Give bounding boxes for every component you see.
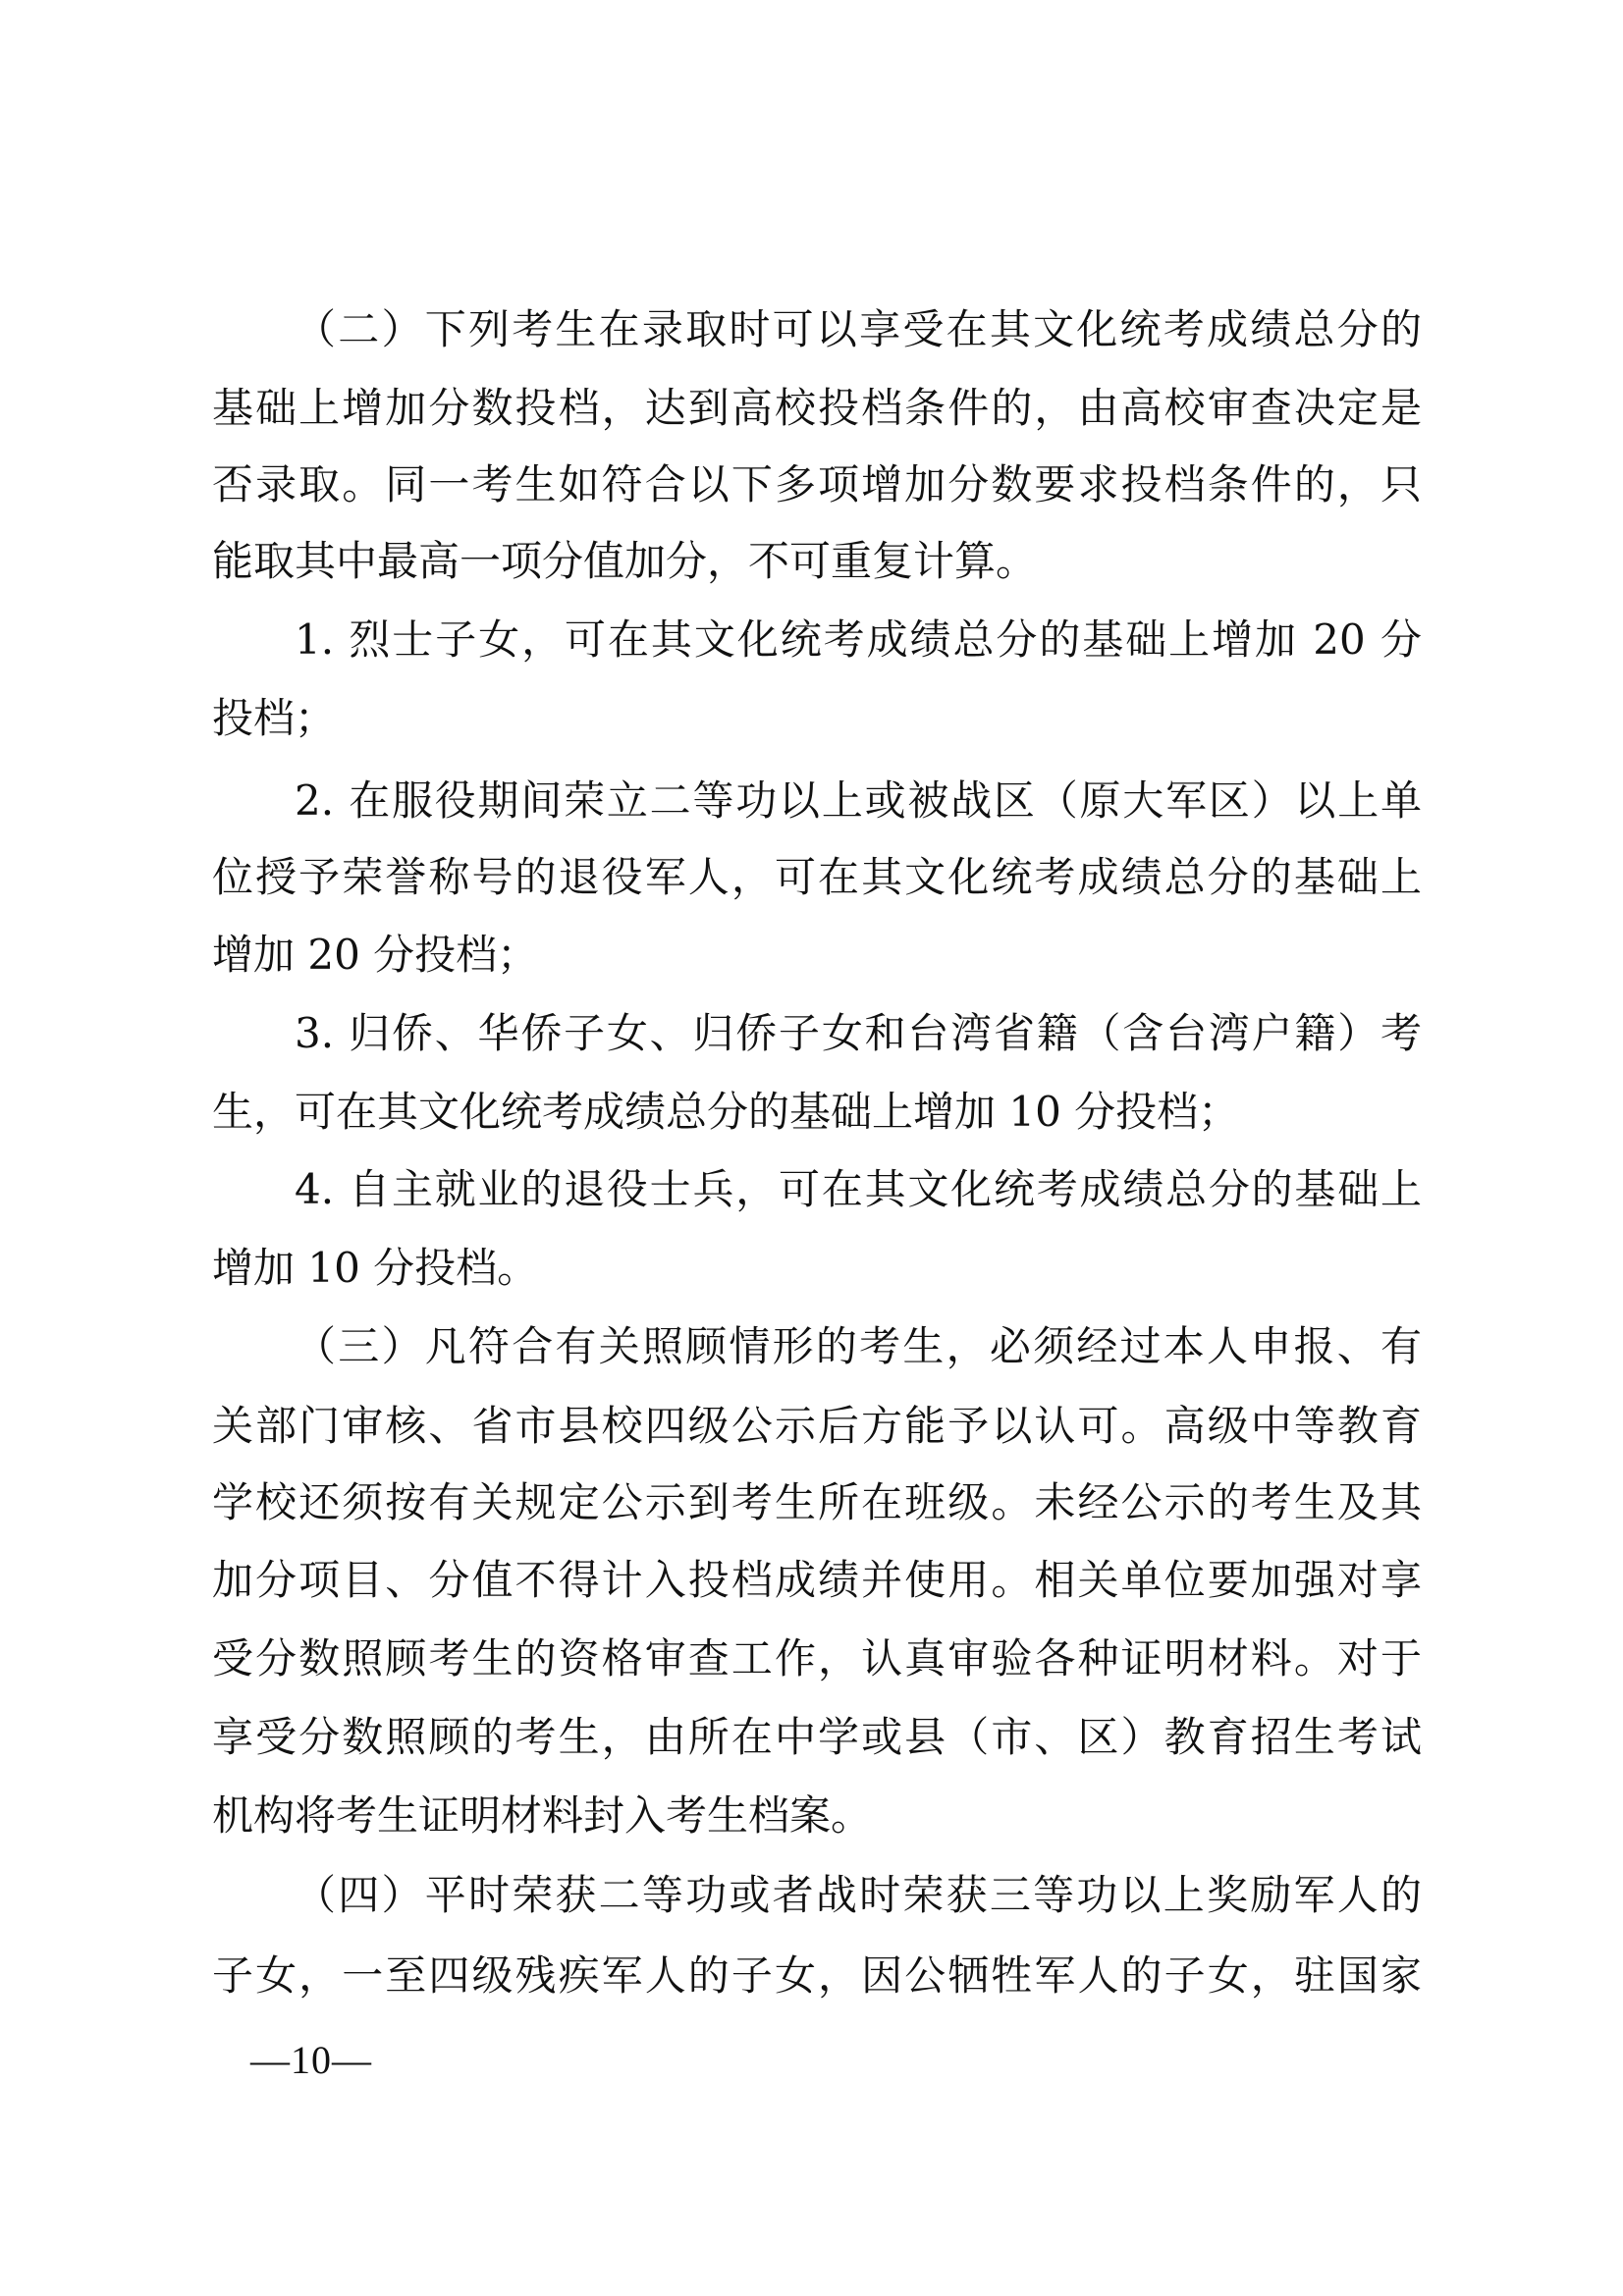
paragraph-2-line-2: 基础上增加分数投档，达到高校投档条件的，由高校审查决定是 — [212, 379, 1422, 438]
item-1-line-1: 1. 烈士子女，可在其文化统考成绩总分的基础上增加 20 分 — [295, 611, 1422, 669]
paragraph-3-line-2: 关部门审核、省市县校四级公示后方能予以认可。高级中等教育 — [212, 1397, 1422, 1456]
item-3-line-1: 3. 归侨、华侨子女、归侨子女和台湾省籍（含台湾户籍）考 — [295, 1004, 1422, 1063]
paragraph-3-line-6: 享受分数照顾的考生，由所在中学或县（市、区）教育招生考试 — [212, 1708, 1422, 1767]
paragraph-3-line-5: 受分数照顾考生的资格审查工作，认真审验各种证明材料。对于 — [212, 1629, 1422, 1688]
paragraph-2-line-1: （二）下列考生在录取时可以享受在其文化统考成绩总分的 — [295, 300, 1422, 359]
item-2-line-2: 位授予荣誉称号的退役军人，可在其文化统考成绩总分的基础上 — [212, 848, 1422, 907]
item-4-line-2: 增加 10 分投档。 — [212, 1239, 1422, 1298]
paragraph-2-line-4: 能取其中最高一项分值加分，不可重复计算。 — [212, 532, 1422, 591]
document-page: （二）下列考生在录取时可以享受在其文化统考成绩总分的 基础上增加分数投档，达到高… — [0, 0, 1623, 2296]
page-number: —10— — [250, 2036, 372, 2085]
paragraph-3-line-1: （三）凡符合有关照顾情形的考生，必须经过本人申报、有 — [295, 1317, 1422, 1376]
paragraph-2-line-3: 否录取。同一考生如符合以下多项增加分数要求投档条件的，只 — [212, 455, 1422, 514]
paragraph-3-line-3: 学校还须按有关规定公示到考生所在班级。未经公示的考生及其 — [212, 1473, 1422, 1532]
paragraph-3-line-4: 加分项目、分值不得计入投档成绩并使用。相关单位要加强对享 — [212, 1551, 1422, 1610]
item-2-line-3: 增加 20 分投档； — [212, 926, 1422, 985]
item-2-line-1: 2. 在服役期间荣立二等功以上或被战区（原大军区）以上单 — [295, 772, 1422, 830]
item-4-line-1: 4. 自主就业的退役士兵，可在其文化统考成绩总分的基础上 — [295, 1160, 1422, 1219]
item-1-line-2: 投档； — [212, 689, 1422, 748]
paragraph-4-line-1: （四）平时荣获二等功或者战时荣获三等功以上奖励军人的 — [295, 1866, 1422, 1925]
paragraph-4-line-2: 子女，一至四级残疾军人的子女，因公牺牲军人的子女，驻国家 — [212, 1947, 1422, 2005]
item-3-line-2: 生，可在其文化统考成绩总分的基础上增加 10 分投档； — [212, 1083, 1422, 1142]
paragraph-3-line-7: 机构将考生证明材料封入考生档案。 — [212, 1787, 1422, 1845]
